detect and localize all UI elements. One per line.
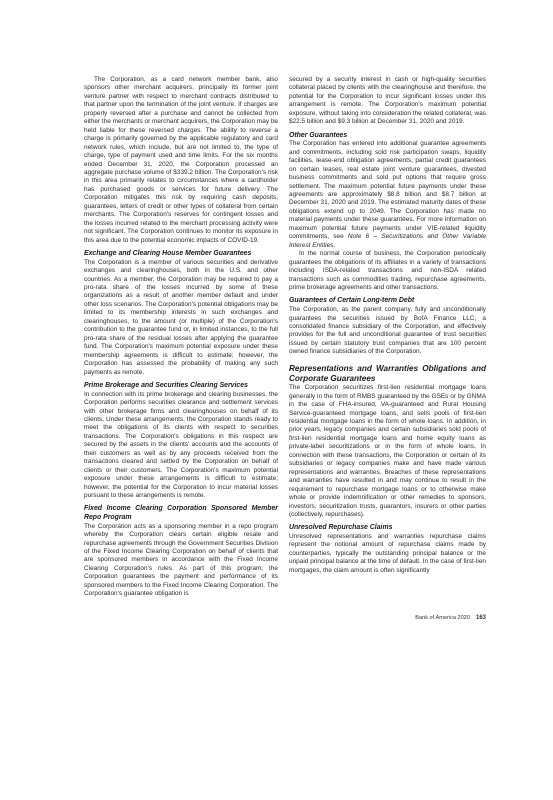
heading-reps-warranties: Representations and Warranties Obligatio… bbox=[289, 364, 486, 384]
paragraph-unresolved-claims: Unresolved representations and warrantie… bbox=[289, 533, 486, 575]
heading-prime-brokerage: Prime Brokerage and Securities Clearing … bbox=[84, 382, 278, 391]
heading-other-guarantees: Other Guarantees bbox=[289, 132, 486, 141]
right-column: secured by a security interest in cash o… bbox=[289, 76, 486, 575]
sentence-end: . bbox=[333, 242, 335, 249]
paragraph-prime-brokerage: In connection with its prime brokerage a… bbox=[84, 391, 278, 501]
page-number: 163 bbox=[476, 615, 486, 621]
paragraph-exchange-clearing: The Corporation is a member of various s… bbox=[84, 259, 278, 377]
heading-ficc-repo-program: Fixed Income Clearing Corporation Sponso… bbox=[84, 505, 278, 522]
paragraph-affiliate-guarantees: In the normal course of business, the Co… bbox=[289, 250, 486, 292]
heading-unresolved-repurchase-claims: Unresolved Repurchase Claims bbox=[289, 524, 486, 533]
paragraph-other-guarantees: The Corporation has entered into additio… bbox=[289, 140, 486, 250]
heading-exchange-clearing-guarantees: Exchange and Clearing House Member Guara… bbox=[84, 250, 278, 259]
document-page: The Corporation, as a card network membe… bbox=[0, 0, 553, 800]
other-guarantees-text: The Corporation has entered into additio… bbox=[289, 140, 486, 240]
page-footer: Bank of America 2020163 bbox=[415, 615, 486, 621]
footer-label: Bank of America 2020 bbox=[415, 615, 470, 621]
heading-long-term-debt-guarantees: Guarantees of Certain Long-term Debt bbox=[289, 297, 486, 306]
left-column: The Corporation, as a card network membe… bbox=[84, 76, 278, 599]
paragraph-reps-warranties: The Corporation securitizes first-lien r… bbox=[289, 384, 486, 519]
paragraph-card-network: The Corporation, as a card network membe… bbox=[84, 76, 278, 245]
paragraph-ficc-repo-program: The Corporation acts as a sponsoring mem… bbox=[84, 523, 278, 599]
paragraph-ficc-continued: secured by a security interest in cash o… bbox=[289, 76, 486, 127]
paragraph-long-term-debt: The Corporation, as the parent company, … bbox=[289, 306, 486, 357]
